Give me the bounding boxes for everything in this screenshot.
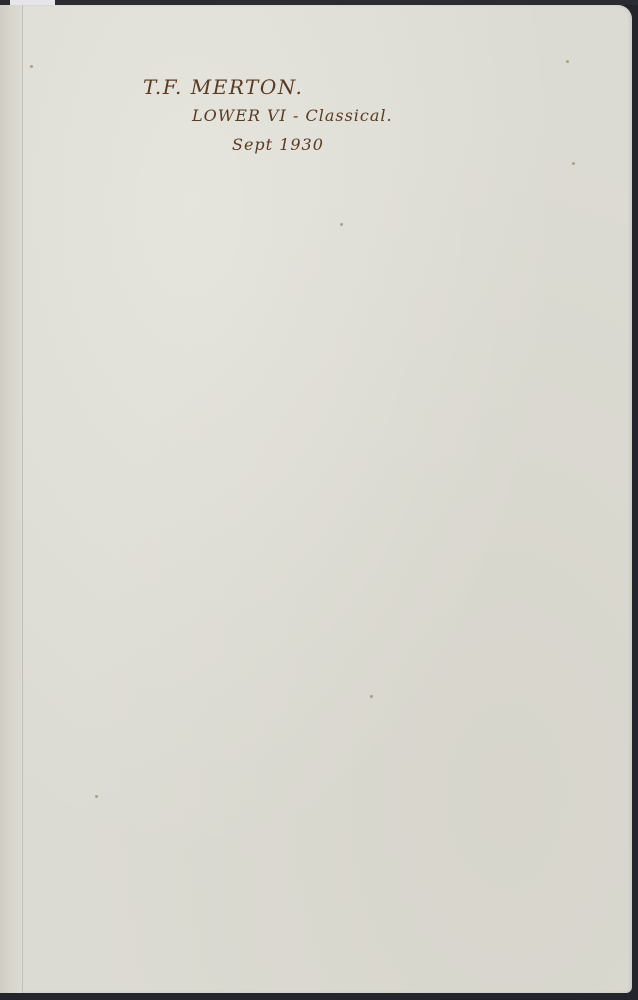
paper-speck [572, 162, 575, 165]
paper-speck [566, 60, 569, 63]
flyleaf-page: T.F. MERTON. LOWER VI - Classical. Sept … [0, 5, 632, 993]
paper-speck [30, 65, 33, 68]
paper-speck [370, 695, 373, 698]
paper-speck [340, 223, 343, 226]
class-form-inscription: LOWER VI - Classical. [192, 106, 393, 125]
scanned-page: T.F. MERTON. LOWER VI - Classical. Sept … [0, 0, 638, 1000]
binding-gutter [0, 5, 23, 993]
paper-speck [95, 795, 98, 798]
owner-name-inscription: T.F. MERTON. [143, 75, 303, 99]
date-inscription: Sept 1930 [232, 135, 324, 154]
